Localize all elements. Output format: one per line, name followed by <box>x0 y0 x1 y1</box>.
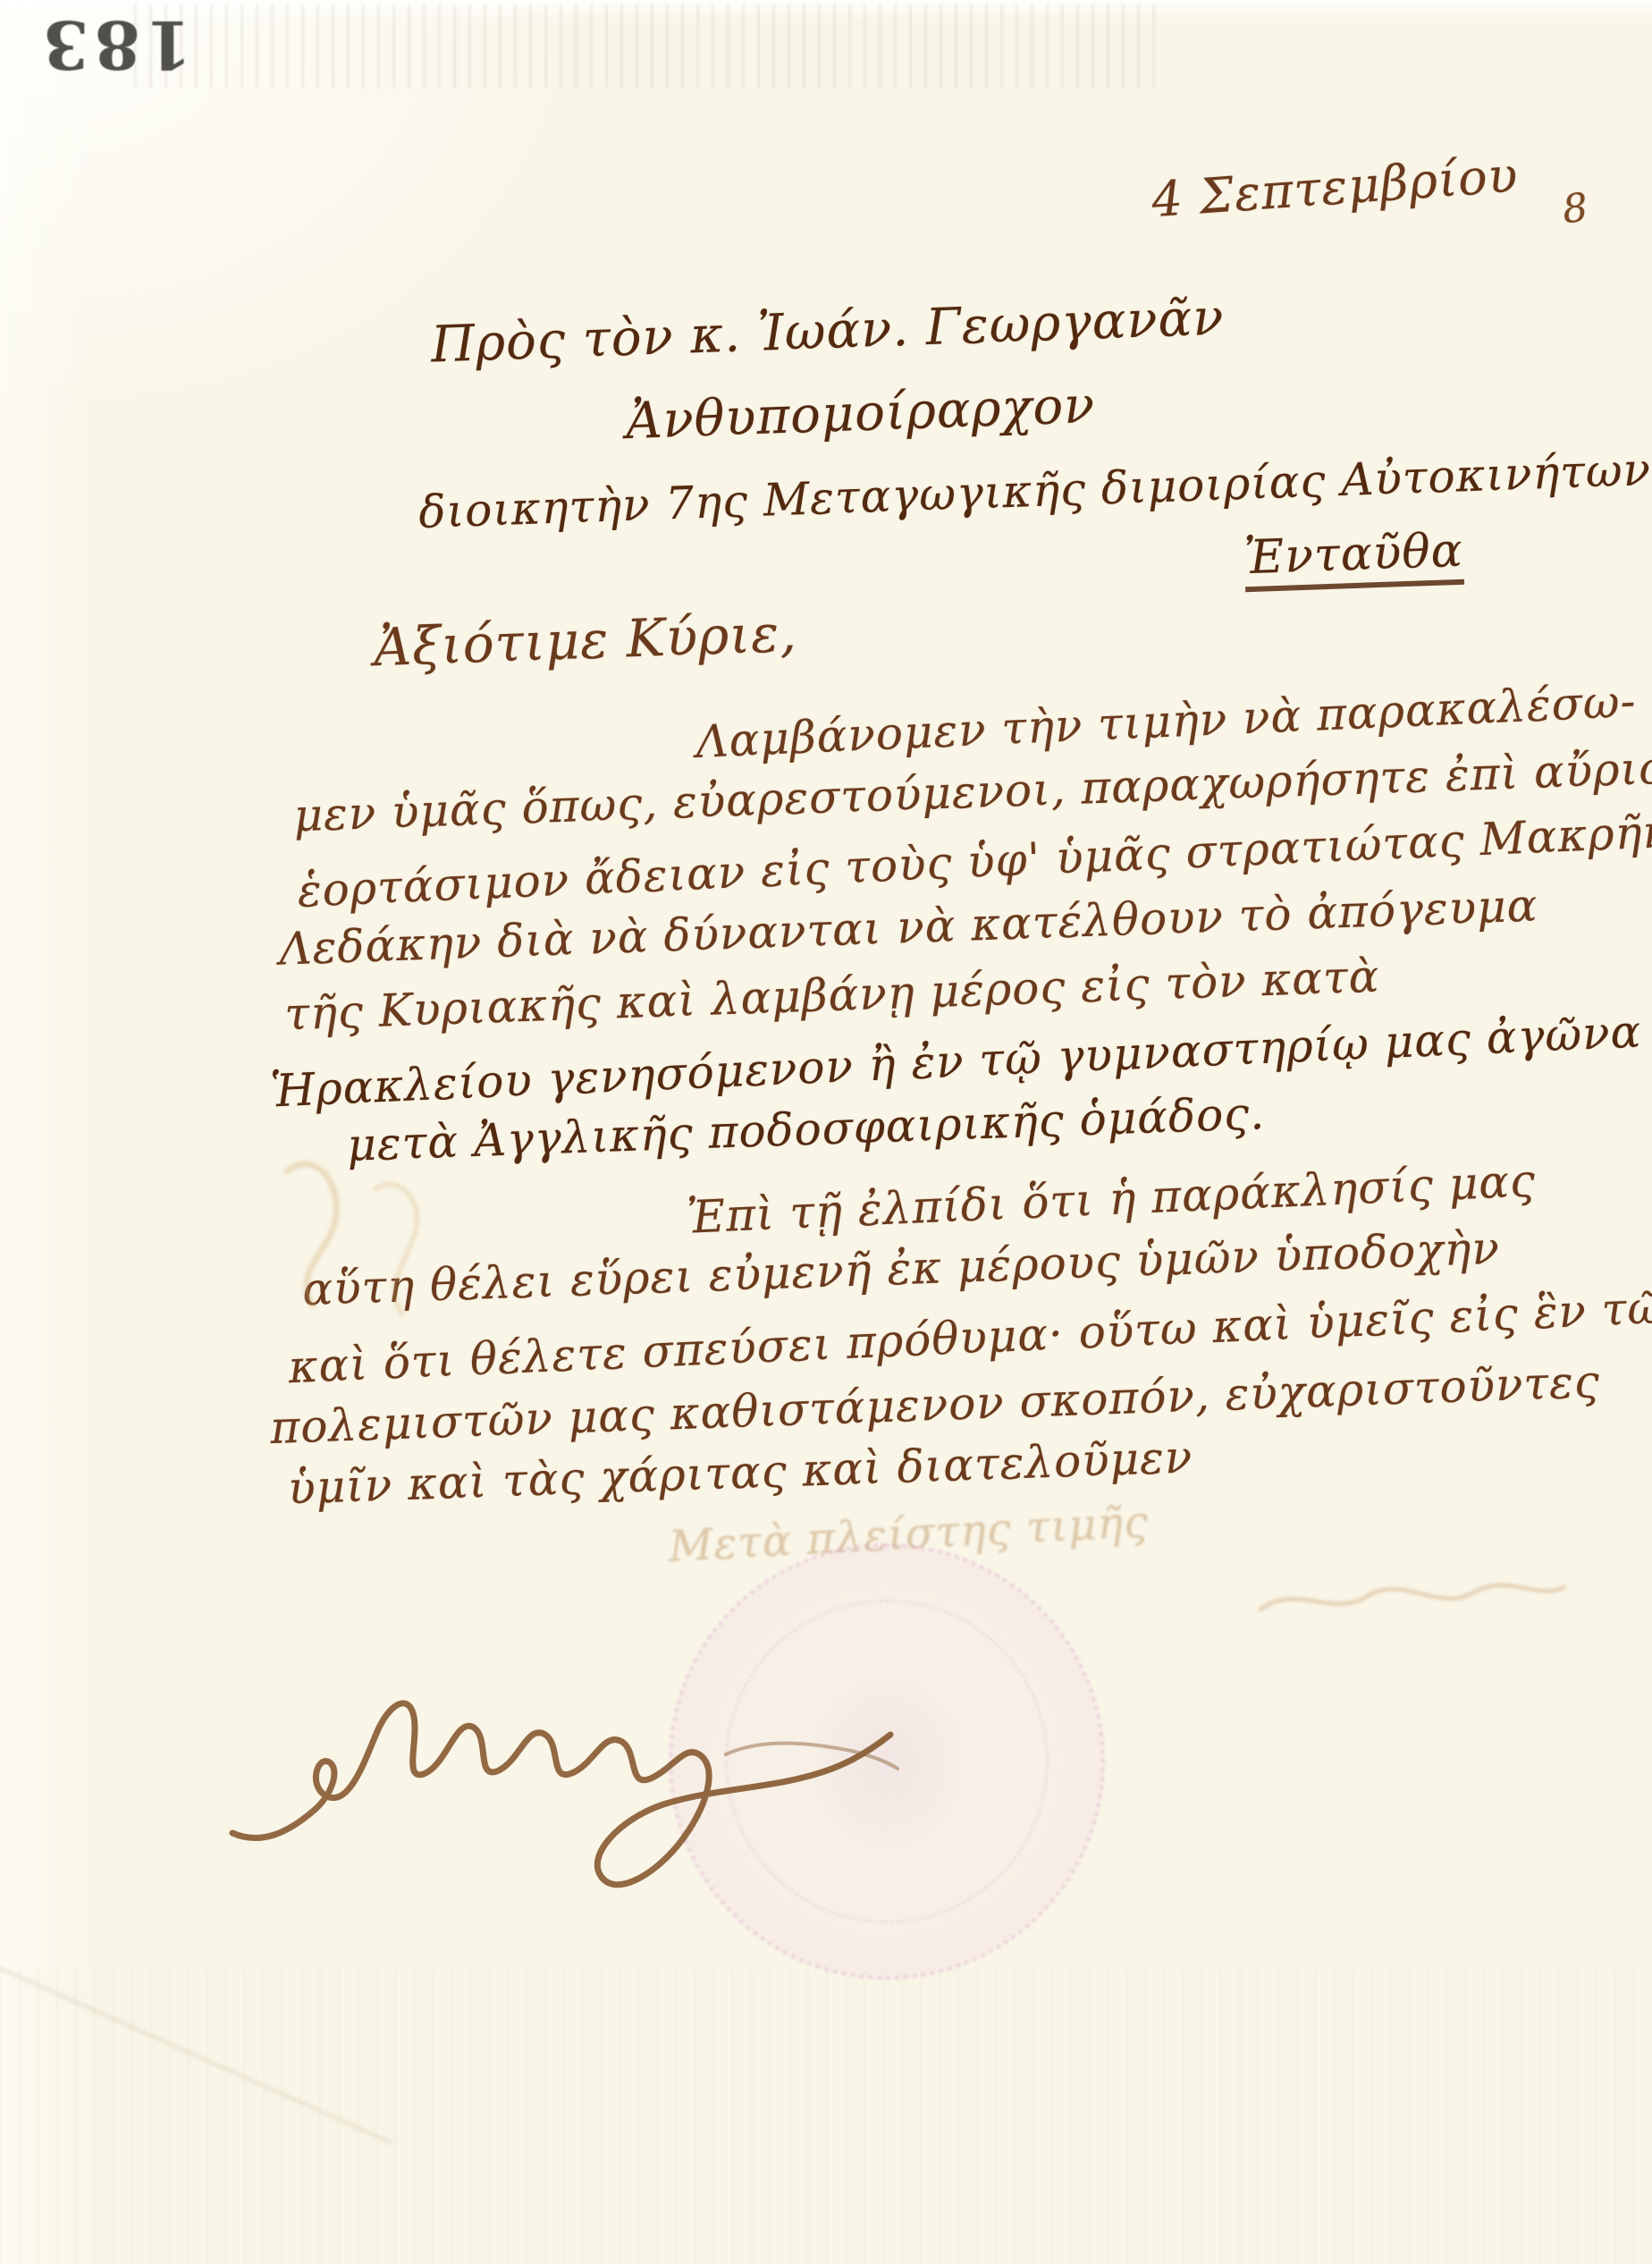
letter-page: 183 4 Σεπτεμβρίου 8 Πρὸς τὸν κ. Ἰωάν. Γε… <box>0 0 1652 2264</box>
archive-page-number: 183 <box>38 5 191 82</box>
paper-top-edge <box>0 0 1652 23</box>
recipient-rank-line: Ἀνθυπομοίραρχον <box>625 376 1096 451</box>
recipient-unit-line: διοικητὴν 7ης Μεταγωγικῆς διμοιρίας Αὐτο… <box>417 444 1652 538</box>
recipient-name-line: Πρὸς τὸν κ. Ἰωάν. Γεωργανᾶν <box>430 289 1225 375</box>
paper-top-streaks <box>134 4 1162 89</box>
faded-closing-marks <box>1252 1547 1573 1645</box>
salutation: Ἀξιότιμε Κύριε, <box>373 603 798 678</box>
signature <box>225 1620 905 1942</box>
paper-left-sheen <box>0 0 98 2264</box>
paper-crease <box>0 1952 392 2143</box>
date-line: 4 Σεπτεμβρίου <box>1150 147 1520 228</box>
recipient-location-line: Ἐνταῦθα <box>1243 524 1464 593</box>
date-year: 8 <box>1560 185 1590 233</box>
paper-bottom-fibers <box>0 1969 1652 2264</box>
